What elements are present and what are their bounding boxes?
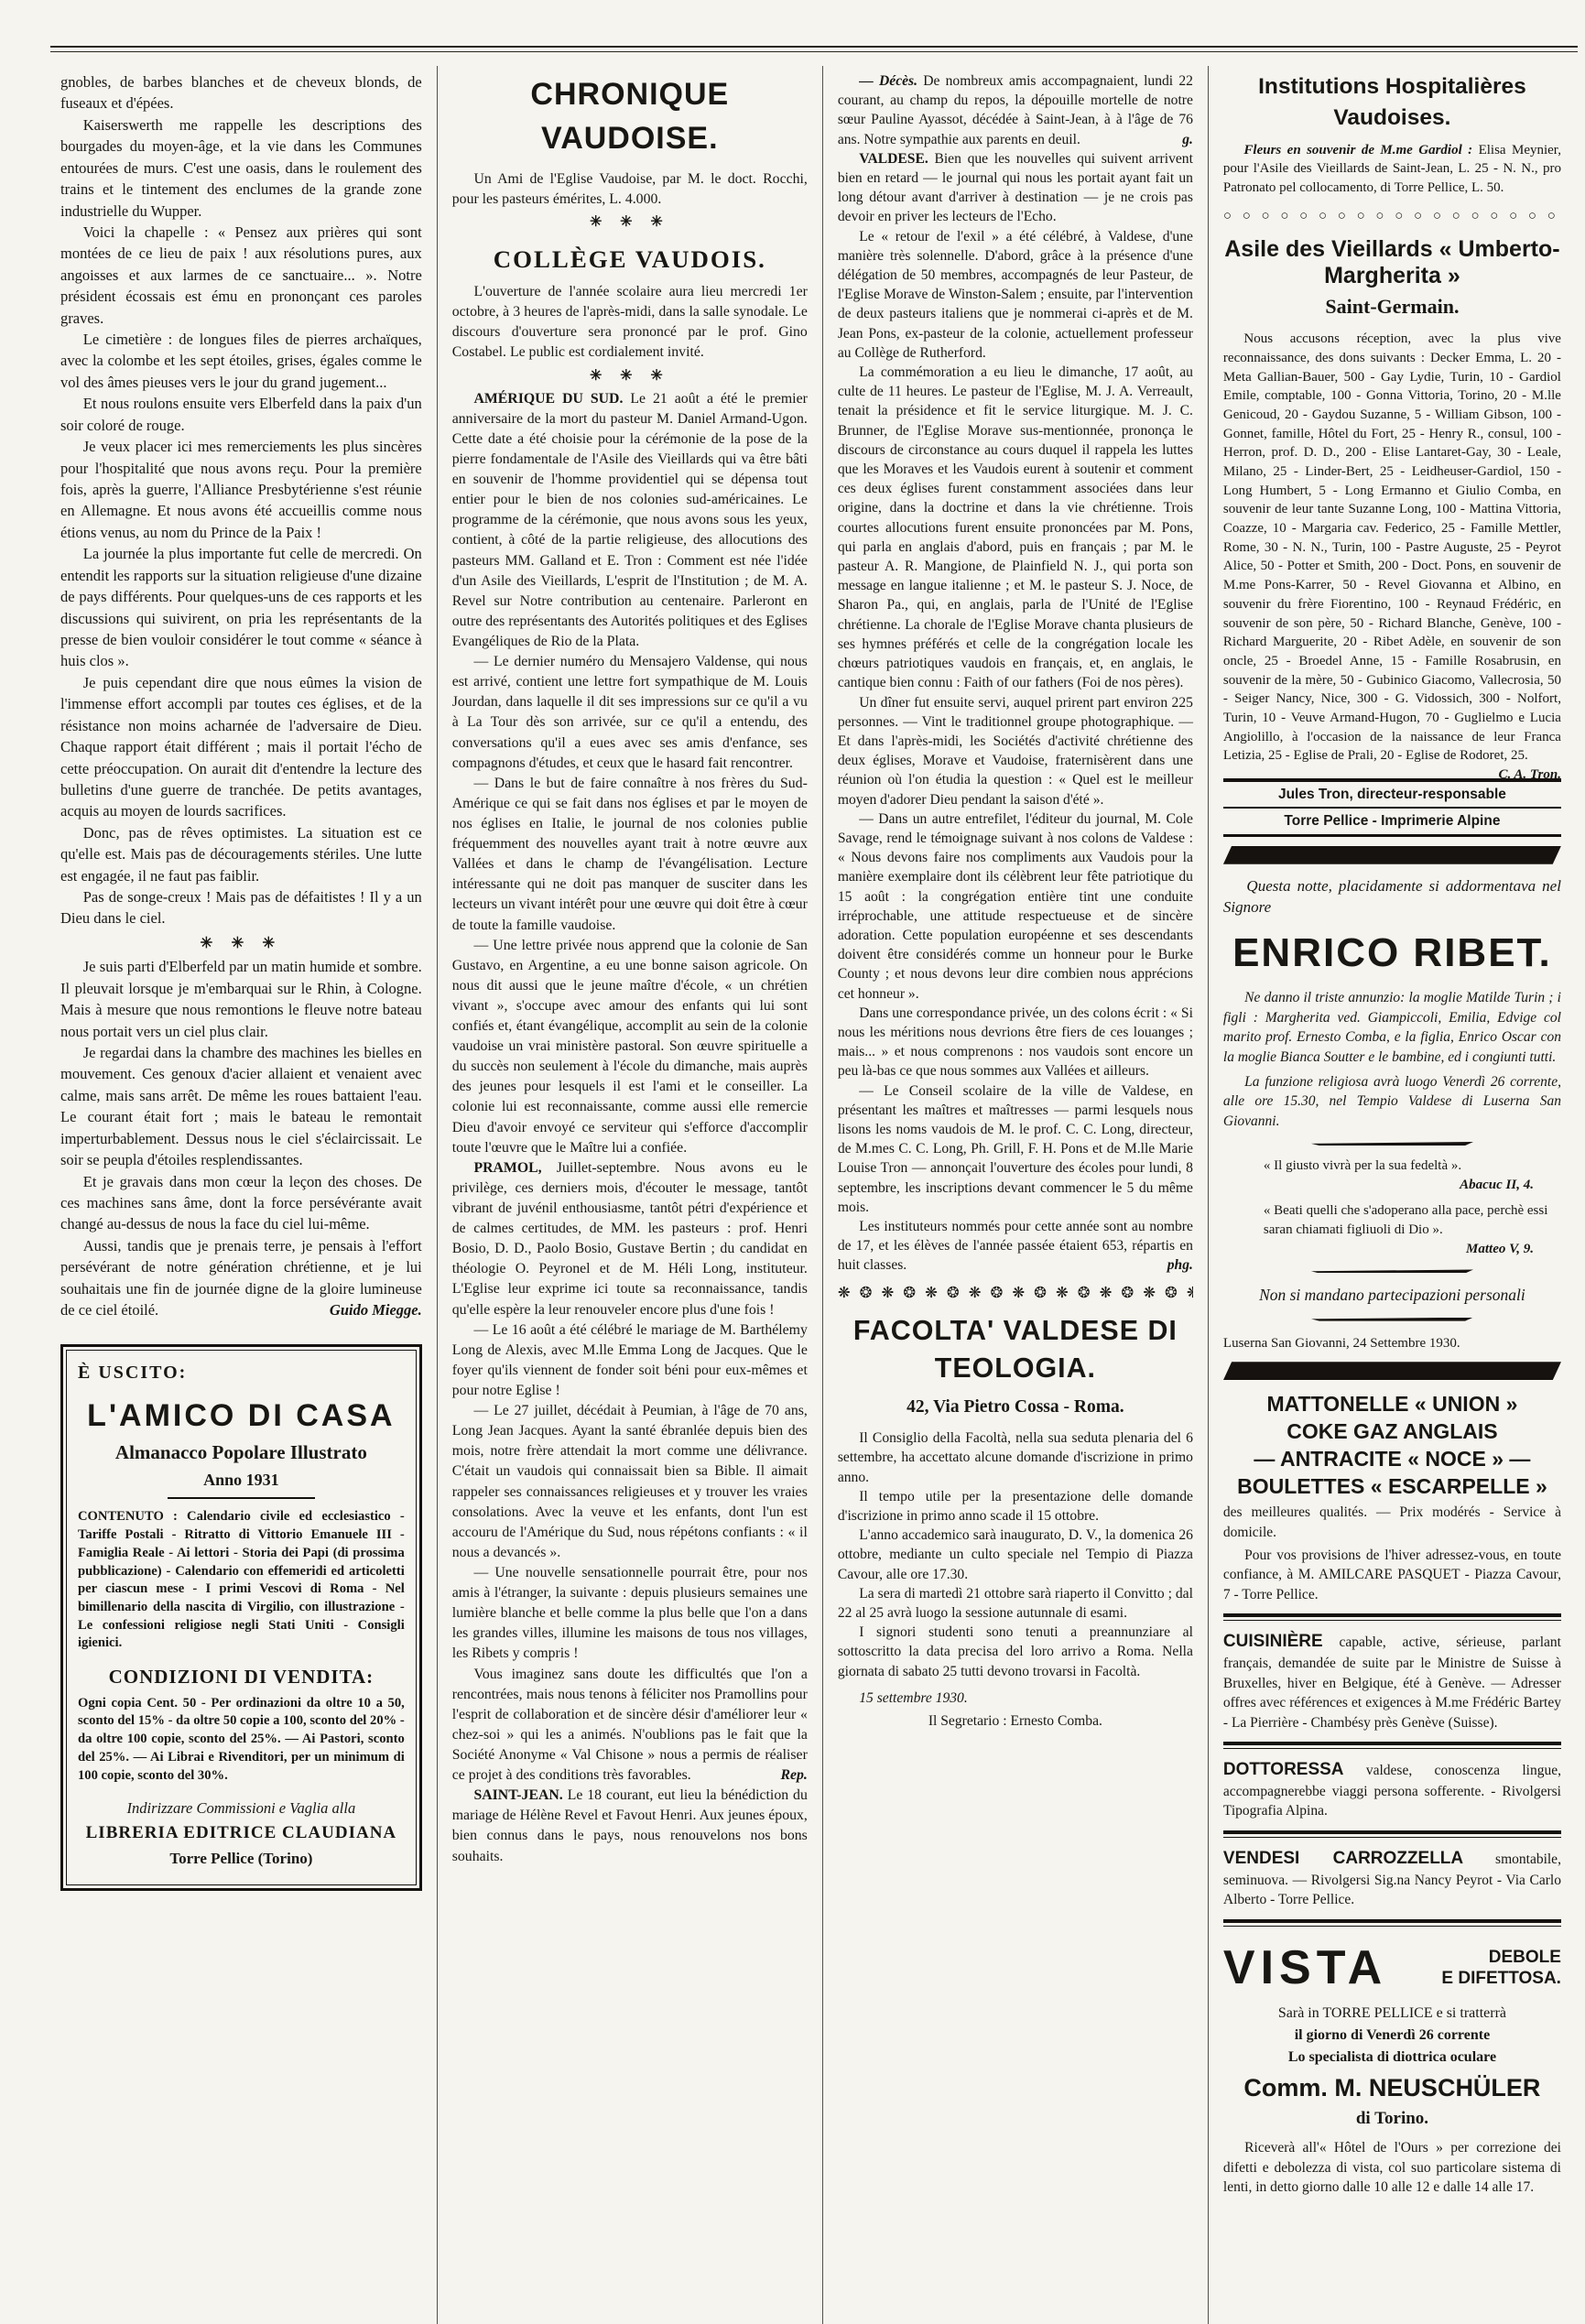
paragraph: La journée la plus importante fut celle … xyxy=(60,543,422,672)
vendesi-ad: VENDESI CARROZZELLA smontabile, seminuov… xyxy=(1223,1847,1561,1910)
quote-text: « Il giusto vivrà per la sua fedeltà ». xyxy=(1264,1157,1561,1176)
vista-side-line: E DIFETTOSA. xyxy=(1441,1969,1561,1990)
paragraph: 15 settembre 1930. xyxy=(838,1689,1193,1708)
paragraph-text: — Le dernier numéro du Mensajero Valdens… xyxy=(452,654,808,771)
mattonelle-line: COKE GAZ ANGLAIS xyxy=(1223,1418,1561,1445)
paragraph: COLLÈGE VAUDOIS. xyxy=(452,243,808,277)
paragraph-text: — Une nouvelle sensationnelle pourrait ê… xyxy=(452,1565,808,1661)
paragraph-text: Je suis parti d'Elberfeld par un matin h… xyxy=(60,958,422,1039)
paragraph-text: Dans une correspondance privée, un des c… xyxy=(838,1005,1193,1080)
obituary-family: Ne danno il triste annunzio: la moglie M… xyxy=(1223,988,1561,1067)
paragraph-text: Vous imaginez sans doute les difficultés… xyxy=(452,1667,808,1784)
paragraph-text: Il Segretario : Ernesto Comba. xyxy=(928,1713,1102,1729)
obituary-enrico-ribet: Questa notte, placidamente si addormenta… xyxy=(1223,875,1561,1353)
paragraph: ✳ ✳ ✳ xyxy=(452,366,808,386)
paragraph-text: I signori studenti sono tenuti a preannu… xyxy=(838,1624,1193,1678)
paragraph-text: Je puis cependant dire que nous eûmes la… xyxy=(60,674,422,820)
obituary-service: La funzione religiosa avrà luogo Venerdì… xyxy=(1223,1072,1561,1131)
paragraph-text: Et nous roulons ensuite vers Elberfeld d… xyxy=(60,395,422,433)
paragraph-text: Le 21 août a été le premier anniversaire… xyxy=(452,391,808,649)
paragraph-lead: PRAMOL, xyxy=(473,1160,556,1176)
obituary-name: ENRICO RIBET. xyxy=(1223,926,1561,982)
paragraph: Aussi, tandis que je prenais terre, je p… xyxy=(60,1235,422,1321)
institutions-hospitalieres-heading: Institutions Hospitalières Vaudoises. xyxy=(1223,71,1561,134)
paragraph-text: Juillet-septembre. Nous avons eu le priv… xyxy=(452,1160,808,1318)
paragraph-text: ✳ ✳ ✳ xyxy=(590,368,670,384)
paragraph: 42, Via Pietro Cossa - Roma. xyxy=(838,1395,1193,1420)
black-separator-bar xyxy=(1223,1362,1561,1380)
paragraph-text: 15 settembre 1930. xyxy=(859,1690,968,1706)
paragraph-text: L'ouverture de l'année scolaire aura lie… xyxy=(452,284,808,360)
paragraph-text: ✳ ✳ ✳ xyxy=(201,934,283,951)
paragraph: Je suis parti d'Elberfeld par un matin h… xyxy=(60,956,422,1042)
black-separator-bar xyxy=(1223,846,1561,864)
paragraph-text: — Une lettre privée nous apprend que la … xyxy=(452,938,808,1156)
paragraph: Le « retour de l'exil » a été célébré, à… xyxy=(838,227,1193,363)
ad-lead: CUISINIÈRE xyxy=(1223,1632,1323,1651)
vista-specialist-city: di Torino. xyxy=(1223,2107,1561,2131)
paragraph: — Une nouvelle sensationnelle pourrait ê… xyxy=(452,1563,808,1665)
mattonelle-ad: MATTONELLE « UNION » COKE GAZ ANGLAIS — … xyxy=(1223,1391,1561,1604)
vista-side-line: DEBOLE xyxy=(1441,1948,1561,1969)
paragraph-text: Kaiserswerth me rappelle les description… xyxy=(60,116,422,220)
tapered-rule xyxy=(1311,1318,1473,1321)
paragraph: Donc, pas de rêves optimistes. La situat… xyxy=(60,822,422,886)
mattonelle-line: — ANTRACITE « NOCE » — xyxy=(1223,1446,1561,1472)
paragraph: — Le dernier numéro du Mensajero Valdens… xyxy=(452,652,808,774)
paragraph-text: Un dîner fut ensuite servi, auquel prire… xyxy=(838,695,1193,808)
ad-year: Anno 1931 xyxy=(78,1469,405,1493)
ad-city: Torre Pellice (Torino) xyxy=(78,1848,405,1870)
paragraph: L'anno accademico sarà inaugurato, D. V.… xyxy=(838,1526,1193,1584)
column-3: — Décès. De nombreux amis accompagnaient… xyxy=(823,66,1209,2324)
ad-contents: CONTENUTO : Calendario civile ed ecclesi… xyxy=(78,1508,405,1653)
paragraph: Pas de songe-creux ! Mais pas de défaiti… xyxy=(60,886,422,929)
amico-di-casa-ad-box: È USCITO: L'AMICO DI CASA Almanacco Popo… xyxy=(60,1344,422,1890)
paragraph: — Le 16 août a été célébré le mariage de… xyxy=(452,1320,808,1401)
paragraph: — Dans un autre entrefilet, l'éditeur du… xyxy=(838,809,1193,1004)
paragraph-text: — Le 27 juillet, décédait à Peumian, à l… xyxy=(452,1403,808,1560)
paragraph-lead: AMÉRIQUE DU SUD. xyxy=(473,391,630,407)
paragraph: — Dans le but de faire connaître à nos f… xyxy=(452,774,808,936)
paragraph-text: — Dans un autre entrefilet, l'éditeur du… xyxy=(838,811,1193,1002)
paragraph-text: Un Ami de l'Eglise Vaudoise, par M. le d… xyxy=(452,171,808,207)
ad-subtitle: Almanacco Popolare Illustrato xyxy=(78,1439,405,1467)
paragraph-text: Pas de songe-creux ! Mais pas de défaiti… xyxy=(60,888,422,927)
paragraph: I signori studenti sono tenuti a preannu… xyxy=(838,1623,1193,1681)
paragraph-text: La sera di martedì 21 ottobre sarà riape… xyxy=(838,1586,1193,1621)
paragraph: gnobles, de barbes blanches et de cheveu… xyxy=(60,71,422,114)
ad-divider xyxy=(1223,1613,1561,1621)
paragraph: Et nous roulons ensuite vers Elberfeld d… xyxy=(60,393,422,436)
paragraph: Un Ami de l'Eglise Vaudoise, par M. le d… xyxy=(452,169,808,210)
obituary-intro: Questa notte, placidamente si addormenta… xyxy=(1223,875,1561,918)
chronique-vaudoise-heading: CHRONIQUE VAUDOISE. xyxy=(452,73,808,160)
paragraph-text: COLLÈGE VAUDOIS. xyxy=(494,245,766,273)
ad-divider-rule xyxy=(168,1497,315,1499)
vista-word: VISTA xyxy=(1223,1936,1441,2002)
mattonelle-line: MATTONELLE « UNION » xyxy=(1223,1391,1561,1417)
ad-divider xyxy=(1223,1830,1561,1838)
paragraph-text: Je veux placer ici mes remerciements les… xyxy=(60,438,422,541)
quote-reference: Matteo V, 9. xyxy=(1264,1240,1561,1259)
paragraph-text: L'anno accademico sarà inaugurato, D. V.… xyxy=(838,1527,1193,1581)
obituary-place-date: Luserna San Giovanni, 24 Settembre 1930. xyxy=(1223,1334,1561,1353)
ad-divider xyxy=(1223,1919,1561,1927)
paragraph: Et je gravais dans mon cœur la leçon des… xyxy=(60,1171,422,1235)
paragraph-text: — Dans le but de faire connaître à nos f… xyxy=(452,776,808,933)
paragraph: PRAMOL, Juillet-septembre. Nous avons eu… xyxy=(452,1158,808,1320)
dottoressa-ad: DOTTORESSA valdese, conoscenza lingue, a… xyxy=(1223,1758,1561,1821)
paragraph-text: Je regardai dans la chambre des machines… xyxy=(60,1044,422,1168)
paragraph: Le cimetière : de longues files de pierr… xyxy=(60,329,422,393)
paragraph: Voici la chapelle : « Pensez aux prières… xyxy=(60,222,422,329)
page-top-rule-thin xyxy=(50,51,1578,52)
vista-header-row: VISTA DEBOLE E DIFETTOSA. xyxy=(1223,1936,1561,2002)
cuisiniere-ad: CUISINIÈRE capable, active, sérieuse, pa… xyxy=(1223,1630,1561,1732)
column-1: gnobles, de barbes blanches et de cheveu… xyxy=(46,66,438,2324)
paragraph: — Le Conseil scolaire de la ville de Val… xyxy=(838,1081,1193,1217)
page-top-rule xyxy=(50,46,1578,48)
paragraph-text: gnobles, de barbes blanches et de cheveu… xyxy=(60,73,422,112)
paragraph-text: Nous accusons réception, avec la plus vi… xyxy=(1223,331,1561,763)
printer-line: Torre Pellice - Imprimerie Alpine xyxy=(1223,807,1561,833)
paragraph-text: Et je gravais dans mon cœur la leçon des… xyxy=(60,1173,422,1233)
paragraph: ✳ ✳ ✳ xyxy=(60,932,422,953)
newspaper-page: gnobles, de barbes blanches et de cheveu… xyxy=(0,0,1585,2324)
column-2: CHRONIQUE VAUDOISE. Un Ami de l'Eglise V… xyxy=(438,66,823,2324)
paragraph-lead: SAINT-JEAN. xyxy=(473,1787,567,1803)
paragraph: Dans une correspondance privée, un des c… xyxy=(838,1004,1193,1081)
paragraph: — Une lettre privée nous apprend que la … xyxy=(452,936,808,1158)
vista-ad: VISTA DEBOLE E DIFETTOSA. Sarà in TORRE … xyxy=(1223,1936,1561,2198)
vista-line: il giorno di Venerdì 26 corrente xyxy=(1223,2025,1561,2046)
paragraph-text: Donc, pas de rêves optimistes. La situat… xyxy=(60,824,422,885)
paragraph-text: FACOLTA' VALDESE DI TEOLOGIA. xyxy=(853,1315,1178,1384)
paragraph: Vous imaginez sans doute les difficultés… xyxy=(452,1665,808,1786)
paragraph-text: 42, Via Pietro Cossa - Roma. xyxy=(906,1397,1124,1417)
vista-specialist-name: Comm. M. NEUSCHÜLER xyxy=(1223,2071,1561,2105)
paragraph-signature: phg. xyxy=(1138,1255,1193,1275)
paragraph: ✳ ✳ ✳ xyxy=(452,212,808,233)
obituary-note: Non si mandano partecipazioni personali xyxy=(1223,1284,1561,1306)
paragraph-signature: Guido Miegge. xyxy=(299,1299,422,1320)
paragraph-text: Le cimetière : de longues files de pierr… xyxy=(60,331,422,391)
donations-paragraph: Nous accusons réception, avec la plus vi… xyxy=(1223,330,1561,766)
paragraph: Les instituteurs nommés pour cette année… xyxy=(838,1217,1193,1276)
paragraph-text: Il Consiglio della Facoltà, nella sua se… xyxy=(838,1430,1193,1484)
imprint-box: Jules Tron, directeur-responsable Torre … xyxy=(1223,778,1561,837)
asile-vieillards-heading: Asile des Vieillards « Umberto-Margherit… xyxy=(1223,236,1561,289)
paragraph: Kaiserswerth me rappelle les description… xyxy=(60,114,422,222)
paragraph-text: ❋ ❂ ❋ ❂ ❋ ❂ ❋ ❂ ❋ ❂ ❋ ❂ ❋ ❂ ❋ ❂ ❋ ❂ ❋ xyxy=(838,1284,1193,1301)
paragraph: Je regardai dans la chambre des machines… xyxy=(60,1042,422,1171)
circle-ornament-row: ○ ○ ○ ○ ○ ○ ○ ○ ○ ○ ○ ○ ○ ○ ○ ○ ○ ○ ○ ○ … xyxy=(1223,207,1561,226)
tapered-rule xyxy=(1311,1269,1473,1273)
paragraph: AMÉRIQUE DU SUD. Le 21 août a été le pre… xyxy=(452,389,808,652)
mattonelle-quality: des meilleures qualités. — Prix modérés … xyxy=(1223,1503,1561,1542)
paragraph-signature: Rep. xyxy=(752,1765,808,1786)
ad-publisher: LIBRERIA EDITRICE CLAUDIANA xyxy=(78,1821,405,1846)
paragraph: L'ouverture de l'année scolaire aura lie… xyxy=(452,282,808,363)
ad-conditions-text: Ogni copia Cent. 50 - Per ordinazioni da… xyxy=(78,1695,405,1785)
paragraph-text: Il tempo utile per la presentazione dell… xyxy=(838,1489,1193,1524)
ad-lead: VENDESI CARROZZELLA xyxy=(1223,1849,1463,1868)
column-4: Institutions Hospitalières Vaudoises. Fl… xyxy=(1209,66,1576,2324)
paragraph-text: La commémoration a eu lieu le dimanche, … xyxy=(838,364,1193,690)
paragraph: FACOLTA' VALDESE DI TEOLOGIA. xyxy=(838,1312,1193,1388)
ad-address-line: Indirizzare Commissioni e Vaglia alla xyxy=(78,1797,405,1819)
mattonelle-line: BOULETTES « ESCARPELLE » xyxy=(1223,1473,1561,1500)
paragraph-lead: VALDESE. xyxy=(859,151,934,167)
scripture-quote-1: « Il giusto vivrà per la sua fedeltà ». … xyxy=(1264,1157,1561,1194)
chronique-continuation-body: — Décès. De nombreux amis accompagnaient… xyxy=(838,71,1193,1731)
mattonelle-provision: Pour vos provisions de l'hiver adressez-… xyxy=(1223,1546,1561,1604)
vista-text: Riceverà all'« Hôtel de l'Ours » per cor… xyxy=(1223,2138,1561,2197)
paragraph: — Le 27 juillet, décédait à Peumian, à l… xyxy=(452,1401,808,1563)
ad-lead: DOTTORESSA xyxy=(1223,1760,1344,1779)
paragraph: Il tempo utile per la presentazione dell… xyxy=(838,1487,1193,1526)
paragraph-lead: Fleurs en souvenir de M.me Gardiol : xyxy=(1243,143,1478,157)
paragraph-text: Voici la chapelle : « Pensez aux prières… xyxy=(60,223,422,327)
page-columns: gnobles, de barbes blanches et de cheveu… xyxy=(46,66,1576,2324)
ad-conditions-title: CONDIZIONI DI VENDITA: xyxy=(78,1664,405,1691)
donations-signature: C. A. Tron. xyxy=(1471,766,1561,785)
quote-reference: Abacuc II, 4. xyxy=(1264,1176,1561,1195)
paragraph: La sera di martedì 21 ottobre sarà riape… xyxy=(838,1584,1193,1623)
paragraph-text: ✳ ✳ ✳ xyxy=(590,214,670,230)
quote-text: « Beati quelli che s'adoperano alla pace… xyxy=(1264,1201,1561,1239)
vista-line: Lo specialista di diottrica oculare xyxy=(1223,2047,1561,2068)
paragraph-text: — Le Conseil scolaire de la ville de Val… xyxy=(838,1083,1193,1215)
fleurs-souvenir-paragraph: Fleurs en souvenir de M.me Gardiol : Eli… xyxy=(1223,141,1561,198)
paragraph: La commémoration a eu lieu le dimanche, … xyxy=(838,363,1193,692)
saint-germain-subheading: Saint-Germain. xyxy=(1223,293,1561,320)
paragraph: Il Segretario : Ernesto Comba. xyxy=(838,1711,1193,1731)
paragraph-lead: — Décès. xyxy=(859,73,923,89)
paragraph-text: Le « retour de l'exil » a été célébré, à… xyxy=(838,229,1193,361)
paragraph: SAINT-JEAN. Le 18 courant, eut lieu la b… xyxy=(452,1786,808,1866)
ad-announce: È USCITO: xyxy=(78,1360,405,1385)
paragraph: VALDESE. Bien que les nouvelles qui suiv… xyxy=(838,149,1193,227)
paragraph: ❋ ❂ ❋ ❂ ❋ ❂ ❋ ❂ ❋ ❂ ❋ ❂ ❋ ❂ ❋ ❂ ❋ ❂ ❋ xyxy=(838,1283,1193,1303)
paragraph: Je veux placer ici mes remerciements les… xyxy=(60,436,422,543)
paragraph: Je puis cependant dire que nous eûmes la… xyxy=(60,672,422,822)
ad-title: L'AMICO DI CASA xyxy=(78,1394,405,1438)
paragraph-text: La journée la plus importante fut celle … xyxy=(60,545,422,669)
paragraph: — Décès. De nombreux amis accompagnaient… xyxy=(838,71,1193,149)
paragraph: Il Consiglio della Facoltà, nella sua se… xyxy=(838,1428,1193,1487)
director-line: Jules Tron, directeur-responsable xyxy=(1223,782,1561,807)
vista-side-words: DEBOLE E DIFETTOSA. xyxy=(1441,1948,1561,1990)
paragraph: Un dîner fut ensuite servi, auquel prire… xyxy=(838,693,1193,809)
paragraph-signature: g. xyxy=(1154,130,1193,149)
article-miegge-body: gnobles, de barbes blanches et de cheveu… xyxy=(60,71,422,1320)
chronique-vaudoise-body: Un Ami de l'Eglise Vaudoise, par M. le d… xyxy=(452,169,808,1866)
vista-line: Sarà in TORRE PELLICE e si tratterrà xyxy=(1223,2004,1561,2024)
amico-di-casa-ad-inner: È USCITO: L'AMICO DI CASA Almanacco Popo… xyxy=(66,1350,417,1884)
scripture-quote-2: « Beati quelli che s'adoperano alla pace… xyxy=(1264,1201,1561,1258)
tapered-rule xyxy=(1311,1142,1473,1146)
ad-divider xyxy=(1223,1742,1561,1749)
paragraph-text: — Le 16 août a été célébré le mariage de… xyxy=(452,1322,808,1398)
